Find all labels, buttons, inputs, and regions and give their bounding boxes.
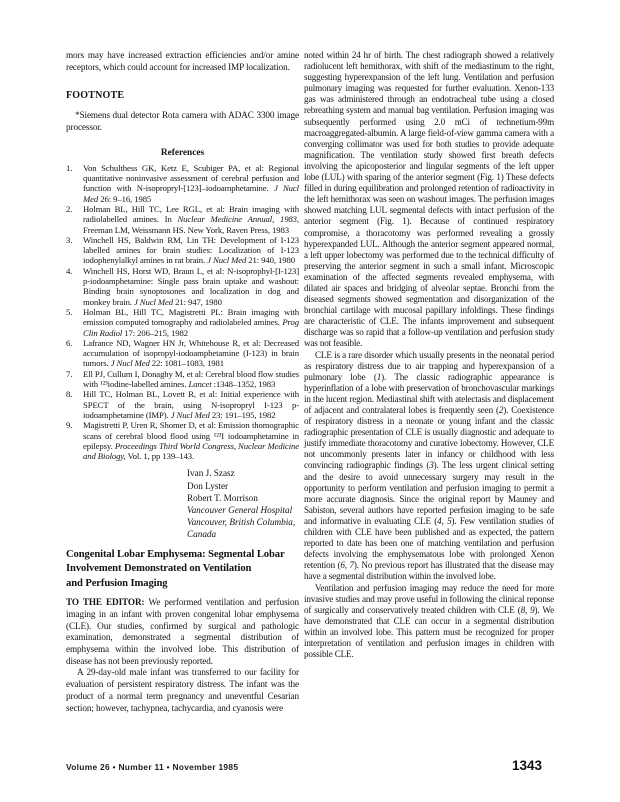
reference-item: 7.Ell PJ, Cullum I, Donaghy M, et al: Ce… <box>66 369 299 390</box>
text-segment: We performed ventilation and perfusion i… <box>66 597 299 666</box>
text-segment: J Nucl Med <box>207 255 246 265</box>
journal-page: mors may have increased extraction effic… <box>0 0 620 802</box>
affiliation-line: Vancouver, British Columbia, <box>187 516 299 528</box>
right-column: noted within 24 hr of birth. The chest r… <box>304 50 554 660</box>
reference-number: 6. <box>66 338 80 348</box>
references-list: 1.Von Schulthess GK, Ketz E, Scubiger PA… <box>66 163 299 462</box>
reference-number: 1. <box>66 163 80 173</box>
letter-title-line: Involvement Demonstrated on Ventilation <box>66 562 299 576</box>
text-segment: noted within 24 hr of birth. The chest r… <box>304 50 554 348</box>
affiliation-line: Vancouver General Hospital <box>187 504 299 516</box>
text-segment: 8, 9 <box>521 605 535 615</box>
letter-body-left: TO THE EDITOR: We performed ventilation … <box>66 597 299 714</box>
text-segment: 26: 9–16, 1985 <box>98 194 151 204</box>
text-segment: 23: 191–195, 1982 <box>210 410 276 420</box>
reference-item: 6.Lafrance ND, Wagner HN Jr, Whitehouse … <box>66 338 299 369</box>
reference-item: 9.Magistretti P, Uren R, Shomer D, et al… <box>66 420 299 461</box>
reference-number: 8. <box>66 389 80 399</box>
letter-body-right: noted within 24 hr of birth. The chest r… <box>304 50 554 660</box>
paragraph: A 29-day-old male infant was transferred… <box>66 667 299 714</box>
text-segment: 21: 940, 1980 <box>246 255 295 265</box>
text-segment: 21: 947, 1980 <box>173 297 222 307</box>
reference-number: 4. <box>66 266 80 276</box>
author-affiliation: Vancouver General HospitalVancouver, Bri… <box>187 504 299 540</box>
page-footer: Volume 26 • Number 11 • November 1985 13… <box>66 758 542 773</box>
journal-info: Volume 26 • Number 11 • November 1985 <box>66 762 238 772</box>
text-segment: Holman BL, Hill TC, Magistretti PL: Brai… <box>83 307 299 327</box>
left-column: mors may have increased extraction effic… <box>66 50 299 714</box>
author-name: Ivan J. Szasz <box>187 467 299 479</box>
text-segment: Vol. 1, pp 139–143. <box>126 451 194 461</box>
reference-item: 8.Hill TC, Holman BL, Lovett R, et al: I… <box>66 389 299 420</box>
prior-letter-continuation: mors may have increased extraction effic… <box>66 50 299 73</box>
text-segment: :1348–1352, 1983 <box>212 379 276 389</box>
reference-number: 7. <box>66 369 80 379</box>
letter-title: Congenital Lobar Emphysema: Segmental Lo… <box>66 548 299 591</box>
text-segment: 6, 7 <box>340 560 353 570</box>
footnote-text: *Siemens dual detector Rota camera with … <box>66 110 299 133</box>
text-segment: Nuclear Medicine Annual, 1983, <box>177 214 299 224</box>
reference-item: 5.Holman BL, Hill TC, Magistretti PL: Br… <box>66 307 299 338</box>
text-segment: J Nucl Med <box>134 297 173 307</box>
text-segment: J Nucl Med <box>111 358 150 368</box>
author-name: Robert T. Morrison <box>187 492 299 504</box>
text-segment: 4, 5 <box>437 516 451 526</box>
text-segment: J Nucl Med <box>171 410 210 420</box>
text-segment: 17: 206–215, 1982 <box>122 328 188 338</box>
reference-item: 3.Winchell HS, Baldwin RM, Lin TH: Devel… <box>66 235 299 266</box>
letter-title-line: Congenital Lobar Emphysema: Segmental Lo… <box>66 548 299 562</box>
text-segment: TO THE EDITOR: <box>66 597 149 607</box>
reference-item: 4.Winchell HS, Horst WD, Braun L, et al:… <box>66 266 299 307</box>
reference-item: 1.Von Schulthess GK, Ketz E, Scubiger PA… <box>66 163 299 204</box>
letter-title-line: and Perfusion Imaging <box>66 577 299 591</box>
text-segment: 22: 1081–1083, 1981 <box>150 358 224 368</box>
references-heading: References <box>66 148 299 158</box>
text-segment: Von Schulthess GK, Ketz E, Scubiger PA, … <box>83 163 299 194</box>
text-segment: Freeman LM, Weissmann HS. New York, Rave… <box>83 225 289 235</box>
footnote-heading: FOOTNOTE <box>66 90 299 101</box>
paragraph: CLE is a rare disorder which usually pre… <box>304 350 554 583</box>
paragraph: Ventilation and perfusion imaging may re… <box>304 583 554 661</box>
paragraph: noted within 24 hr of birth. The chest r… <box>304 50 554 350</box>
affiliation-line: Canada <box>187 528 299 540</box>
reference-number: 3. <box>66 235 80 245</box>
reference-number: 2. <box>66 204 80 214</box>
page-number: 1343 <box>512 758 542 773</box>
signature-block: Ivan J. SzaszDon LysterRobert T. Morriso… <box>187 467 299 540</box>
paragraph: TO THE EDITOR: We performed ventilation … <box>66 597 299 667</box>
reference-item: 2.Holman BL, Hill TC, Lee RGL, et al: Br… <box>66 204 299 235</box>
text-segment: Lancet <box>188 379 211 389</box>
author-name: Don Lyster <box>187 480 299 492</box>
author-names: Ivan J. SzaszDon LysterRobert T. Morriso… <box>187 467 299 503</box>
reference-number: 5. <box>66 307 80 317</box>
text-segment: A 29-day-old male infant was transferred… <box>66 667 299 712</box>
reference-number: 9. <box>66 420 80 430</box>
text-segment: Ventilation and perfusion imaging may re… <box>304 583 554 615</box>
